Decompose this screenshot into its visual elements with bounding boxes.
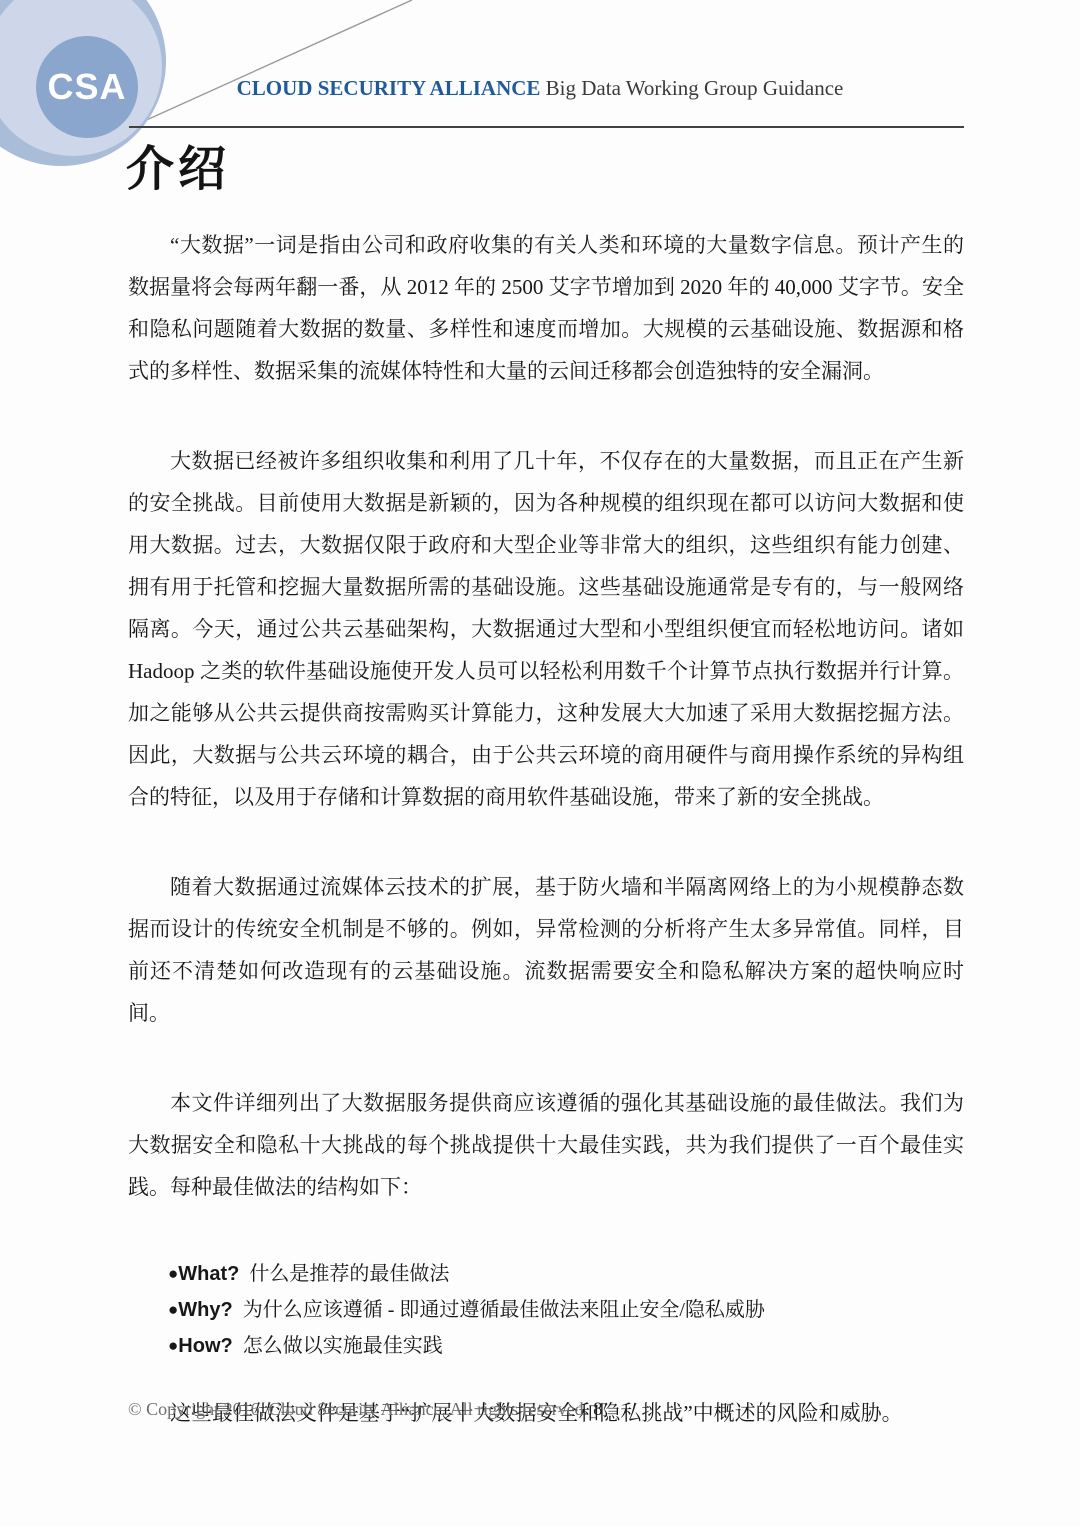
brand-name: CLOUD SECURITY ALLIANCE xyxy=(237,76,541,100)
bullet-icon: ● xyxy=(168,1336,178,1355)
copyright-text: © Copyright 2016, Cloud Security Allianc… xyxy=(128,1399,588,1419)
best-practice-structure-list: ●What?什么是推荐的最佳做法 ●Why?为什么应该遵循 - 即通过遵循最佳做… xyxy=(128,1256,964,1364)
bullet-icon: ● xyxy=(168,1300,178,1319)
intro-paragraph-2: 大数据已经被许多组织收集和利用了几十年，不仅存在的大量数据，而且正在产生新的安全… xyxy=(128,440,964,818)
list-item-how: ●How?怎么做以实施最佳实践 xyxy=(168,1328,964,1364)
bullet-text: 为什么应该遵循 - 即通过遵循最佳做法来阻止安全/隐私威胁 xyxy=(243,1299,765,1321)
intro-paragraph-1: “大数据”一词是指由公司和政府收集的有关人类和环境的大量数字信息。预计产生的数据… xyxy=(128,224,964,392)
body-content: “大数据”一词是指由公司和政府收集的有关人类和环境的大量数字信息。预计产生的数据… xyxy=(128,224,964,1482)
bullet-text: 怎么做以实施最佳实践 xyxy=(243,1335,443,1357)
bullet-label: How? xyxy=(178,1335,232,1357)
bullet-text: 什么是推荐的最佳做法 xyxy=(249,1263,449,1285)
page-number: 8 xyxy=(593,1399,603,1420)
document-page: CSA CLOUD SECURITY ALLIANCE Big Data Wor… xyxy=(0,0,1080,1526)
list-item-what: ●What?什么是推荐的最佳做法 xyxy=(168,1256,964,1292)
header-rule xyxy=(129,126,964,128)
bullet-label: What? xyxy=(178,1263,239,1285)
header-subtitle: Big Data Working Group Guidance xyxy=(540,76,843,100)
bullet-label: Why? xyxy=(178,1299,232,1321)
footer: © Copyright 2016, Cloud Security Allianc… xyxy=(128,1399,603,1421)
intro-paragraph-4: 本文件详细列出了大数据服务提供商应该遵循的强化其基础设施的最佳做法。我们为大数据… xyxy=(128,1082,964,1208)
page-title: 介绍 xyxy=(126,130,230,199)
bullet-icon: ● xyxy=(168,1264,178,1283)
header: CLOUD SECURITY ALLIANCE Big Data Working… xyxy=(0,76,1080,101)
list-item-why: ●Why?为什么应该遵循 - 即通过遵循最佳做法来阻止安全/隐私威胁 xyxy=(168,1292,964,1328)
intro-paragraph-3: 随着大数据通过流媒体云技术的扩展，基于防火墙和半隔离网络上的为小规模静态数据而设… xyxy=(128,866,964,1034)
